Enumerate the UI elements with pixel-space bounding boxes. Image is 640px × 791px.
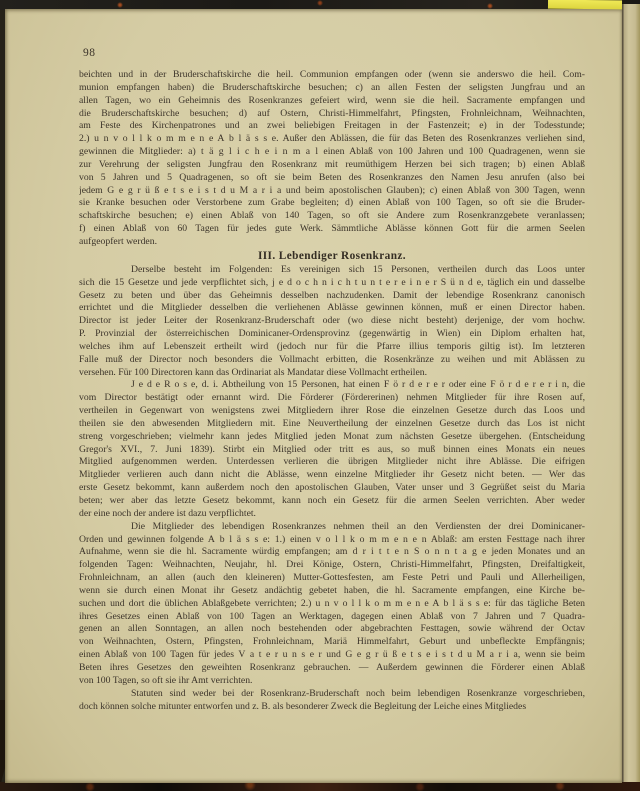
text-line: Beten ihres Gesetzes den geweihten Rosen…: [79, 662, 585, 675]
text-line: doch können solche mitunter entworfen un…: [79, 701, 585, 714]
text-line: von Weihnachten, Ostern, Pfingsten, Froh…: [79, 636, 585, 649]
text-line: Falle muß der Director noch besonders di…: [79, 354, 585, 367]
text-line: suchen und dort die üblichen Ablaßgebete…: [79, 598, 585, 611]
text-line: Derselbe besteht im Folgenden: Es verein…: [79, 264, 585, 277]
text-line: jedem G e g r ü ß e t s e i s t d u M a …: [79, 185, 585, 198]
text-line: P. Provinzial der österreichischen Domin…: [79, 328, 585, 341]
paragraph-indulgences-continued: beichten und in der Bruderschaftskirche …: [79, 69, 585, 249]
text-line: vertheilen in Gegenwart von wenigstens z…: [79, 405, 585, 418]
text-line: f) einen Ablaß von 60 Tagen für jedes gu…: [79, 223, 585, 236]
text-block: beichten und in der Bruderschaftskirche …: [79, 69, 585, 713]
text-line: einen Ablaß von 100 Tagen für jedes V a …: [79, 649, 585, 662]
yellow-bookmark-sticker: [548, 0, 622, 9]
text-line: wenn sie durch einen Monat ihr Gesetz an…: [79, 585, 585, 598]
page-number: 98: [83, 47, 96, 59]
text-line: Orden und gewinnen folgende A b l ä s s …: [79, 534, 585, 547]
text-line: Die Mitglieder des lebendigen Rosenkranz…: [79, 521, 585, 534]
text-line: versehen. Für 100 Directoren kann das Or…: [79, 367, 585, 380]
text-line: der eine noch der andere ist dazu verpfl…: [79, 508, 585, 521]
text-line: sie Kranke besuchen oder Verstorbene zum…: [79, 197, 585, 210]
page-fore-edge: [624, 4, 640, 785]
text-line: beichten und in der Bruderschaftskirche …: [79, 69, 585, 82]
paragraph-member-indulgences: Die Mitglieder des lebendigen Rosenkranz…: [79, 521, 585, 688]
text-line: vom Director bestätigt oder ernannt wird…: [79, 392, 585, 405]
text-line: genen an allen Sonntagen, an allen noch …: [79, 623, 585, 636]
text-line: folgenden Tagen: Weihnachten, Neujahr, h…: [79, 559, 585, 572]
text-line: von 100 Tagen, so oft sie ihr Amt verric…: [79, 675, 585, 688]
text-line: sich die 15 Gesetze und jede verpflichte…: [79, 277, 585, 290]
text-line: gewinnen die Mitglieder: a) t ä g l i c …: [79, 146, 585, 159]
text-line: Aufnahme, wenn sie die hl. Sacramente wü…: [79, 546, 585, 559]
text-line: von 5 Jahren und 5 Quadragenen, so oft s…: [79, 172, 585, 185]
text-line: welches ihm auf Lebenszeit ertheilt wird…: [79, 341, 585, 354]
text-line: ihres Gesetzes einen Ablaß von 100 Tagen…: [79, 611, 585, 624]
text-line: schaftskirche besuchen; e) einen Ablaß v…: [79, 210, 585, 223]
text-line: errichtet und die Mitglieder desselben d…: [79, 302, 585, 315]
text-line: erste Gesetz bekommt, kann außerdem noch…: [79, 482, 585, 495]
text-line: Director ist jeder Leiter der Rosenkranz…: [79, 315, 585, 328]
text-line: allen Tagen, wo ein Geheimnis des Rosenk…: [79, 95, 585, 108]
text-line: Gregor's XVI., 7. Juni 1839). Stirbt ein…: [79, 444, 585, 457]
text-line: theilen sie den abwesenden Mitgliedern m…: [79, 418, 585, 431]
book-page: 98 beichten und in der Bruderschaftskirc…: [5, 9, 622, 783]
section-heading: III. Lebendiger Rosenkranz.: [79, 250, 585, 263]
text-line: 2.) u n v o l l k o m m e n e A b l ä s …: [79, 133, 585, 146]
text-line: J e d e R o s e, d. i. Abtheilung von 15…: [79, 379, 585, 392]
text-line: Mitglieder verlieren auch dann nicht die…: [79, 469, 585, 482]
text-line: beten; wer aber das letzte Gesetz bekomm…: [79, 495, 585, 508]
text-line: munion empfangen haben) die Bruderschaft…: [79, 82, 585, 95]
text-line: Statuten sind weder bei der Rosenkranz-B…: [79, 688, 585, 701]
text-line: streng vorgeschrieben; vielmehr kann jed…: [79, 431, 585, 444]
text-line: am Feste des Kirchenpatrones und an zwei…: [79, 120, 585, 133]
text-line: Frohnleichnam, an allen (auch den kleine…: [79, 572, 585, 585]
text-line: zur Verehrung der seligsten Jungfrau den…: [79, 159, 585, 172]
paragraph-living-rosary-structure: Derselbe besteht im Folgenden: Es verein…: [79, 264, 585, 380]
text-line: aufgeopfert werden.: [79, 236, 585, 249]
text-line: Gesetz zu beten und über das Geheimnis d…: [79, 290, 585, 303]
paragraph-roses-and-promoters: J e d e R o s e, d. i. Abtheilung von 15…: [79, 379, 585, 520]
scanned-book-page-photo: 98 beichten und in der Bruderschaftskirc…: [0, 0, 640, 791]
paragraph-statutes: Statuten sind weder bei der Rosenkranz-B…: [79, 688, 585, 714]
text-line: die Bruderschaftskirche besuchen; d) auf…: [79, 108, 585, 121]
text-line: Mitglied aufgenommen werden. Unterdessen…: [79, 456, 585, 469]
book-cover-edge-bottom: [0, 782, 640, 791]
